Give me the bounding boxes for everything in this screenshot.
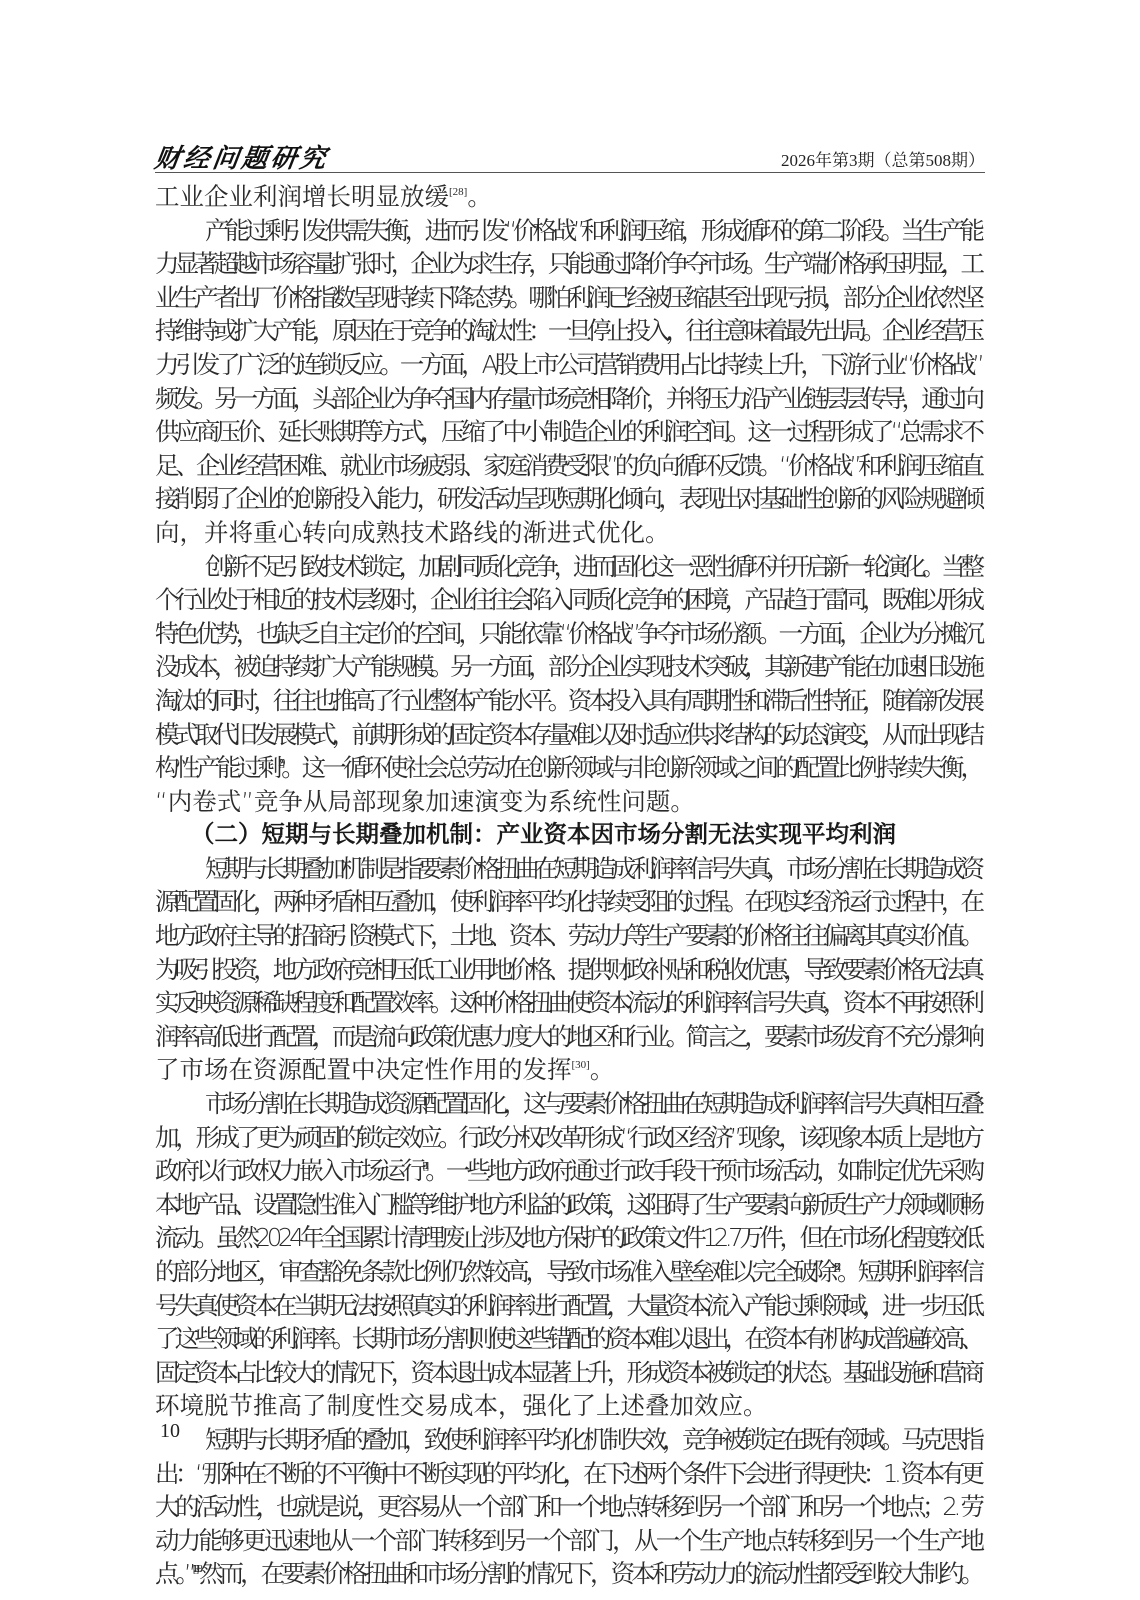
line-text: 构性产能过剩 [155,753,279,782]
text-line: 持维持或扩大产能，原因在于竞争的淘汰性：一旦停止投入，往往意味着最先出局。企业经… [155,314,985,348]
line-text: 特色优势，也缺乏自主定价的空间，只能依靠“价格战”争夺市场份额。一方面，企业为分… [155,619,981,648]
text-line: 流动。虽然2024年全国累计清理废止涉及地方保护的政策文件12.7万件，但在市场… [155,1221,985,1255]
line-text: 固定资本占比较大的情况下，资本退出成本显著上升，形成资本被锁定的状态。基础设施和… [155,1358,980,1387]
line-text-continued: 。 [590,1055,615,1084]
line-text: 为吸引投资，地方政府竞相压低工业用地价格、提供财政补贴和税收优惠，导致要素价格无… [155,955,980,984]
text-line: 接削弱了企业的创新投入能力，研发活动呈现短期化倾向，表现出对基础性创新的风险规避… [155,482,985,516]
line-text: 的部分地区，审查豁免条款比例仍然较高，导致市场准入壁垒难以完全破除 [155,1257,834,1286]
text-line: 业生产者出厂价格指数呈现持续下降态势。哪怕利润已经被压缩甚至出现亏损，部分企业依… [155,281,985,315]
text-line: 大的活动性，也就是说，更容易从一个部门和一个地点转移到另一个部门和另一个地点；2… [155,1490,985,1524]
text-line: 力显著超越市场容量扩张时，企业为求生存，只能通过降价争夺市场。生产端价格承压明显… [155,247,985,281]
text-line: 加，形成了更为顽固的锁定效应。行政分权改革形成“行政区经济”现象，该现象本质上是… [155,1121,985,1155]
line-text: 加，形成了更为顽固的锁定效应。行政分权改革形成“行政区经济”现象，该现象本质上是… [155,1123,981,1152]
article-body: 工业企业利润增长明显放缓[28]。产能过剩引发供需失衡，进而引发“价格战”和利润… [155,180,985,1591]
text-line: 润率高低进行配置，而是流向政策优惠力度大的地区和行业。简言之，要素市场发育不充分… [155,1020,985,1054]
line-text: 向，并将重心转向成熟技术路线的渐进式优化。 [155,518,670,547]
text-line: 特色优势，也缺乏自主定价的空间，只能依靠“价格战”争夺市场份额。一方面，企业为分… [155,617,985,651]
text-line: 地方政府主导的招商引资模式下，土地、资本、劳动力等生产要素的价格往往偏离其真实价… [155,919,985,953]
line-text: 工业企业利润增长明显放缓 [155,182,449,211]
text-line: “内卷式”竞争从局部现象加速演变为系统性问题。 [155,785,985,819]
page-number: 10 [160,1420,180,1443]
text-line: 了这些领域的利润率。长期市场分割则使这些错配的资本难以退出，在资本有机构成普遍较… [155,1322,985,1356]
text-line: 向，并将重心转向成熟技术路线的渐进式优化。 [155,516,985,550]
text-line: 动力能够更迅速地从一个部门转移到另一个部门，从一个生产地点转移到另一个生产地 [155,1524,985,1558]
line-text: 供应商压价、延长账期等方式，压缩了中小制造企业的利润空间。这一过程形成了“总需求… [155,417,981,446]
text-line: 源配置固化，两种矛盾相互叠加，使利润率平均化持续受阻的过程。在现实经济运行过程中… [155,885,985,919]
section-heading: （二）短期与长期叠加机制：产业资本因市场分割无法实现平均利润 [155,818,985,852]
text-line: 市场分割在长期造成资源配置固化，这与要素价格扭曲在短期造成利润率信号失真相互叠 [155,1087,985,1121]
line-text: 市场分割在长期造成资源配置固化，这与要素价格扭曲在短期造成利润率信号失真相互叠 [205,1089,980,1118]
line-text: 力引发了广泛的连锁反应。一方面，A股上市公司营销费用占比持续上升，下游行业“价格… [155,350,981,379]
line-text: 地方政府主导的招商引资模式下，土地、资本、劳动力等生产要素的价格往往偏离其真实价… [155,921,980,950]
text-line: 短期与长期叠加机制是指要素价格扭曲在短期造成利润率信号失真，市场分割在长期造成资 [155,852,985,886]
text-line: 号失真使资本在当期无法按照真实的利润率进行配置，大量资本流入产能过剩领域，进一步… [155,1289,985,1323]
line-text: 接削弱了企业的创新投入能力，研发活动呈现短期化倾向，表现出对基础性创新的风险规避… [155,484,981,513]
text-line: 出：“那种在不断的不平衡中不断实现的平均化，在下述两个条件下会进行得更快：1. … [155,1457,985,1491]
citation-ref: [30] [572,1059,590,1071]
text-line: 实反映资源稀缺程度和配置效率。这种价格扭曲使资本流动的利润率信号失真，资本不再按… [155,986,985,1020]
text-line: 固定资本占比较大的情况下，资本退出成本显著上升，形成资本被锁定的状态。基础设施和… [155,1356,985,1390]
text-line: 供应商压价、延长账期等方式，压缩了中小制造企业的利润空间。这一过程形成了“总需求… [155,415,985,449]
text-line: 为吸引投资，地方政府竞相压低工业用地价格、提供财政补贴和税收优惠，导致要素价格无… [155,953,985,987]
line-text: 个行业处于相近的技术层级时，企业往往会陷入同质化竞争的困境，产品趋于雷同，既难以… [155,585,980,614]
text-line: 足、企业经营困难、就业市场疲弱、家庭消费受限”的负向循环反馈。“价格战”和利润压… [155,449,985,483]
journal-logo: 财经问题研究 [152,138,331,175]
line-text: 润率高低进行配置，而是流向政策优惠力度大的地区和行业。简言之，要素市场发育不充分… [155,1022,980,1051]
text-line: 点。”[13] 218然而，在要素价格扭曲和市场分割的情况下，资本和劳动力的流动… [155,1557,985,1591]
text-line: 政府以行政权力嵌入市场运行[31]。一些地方政府通过行政手段干预市场活动，如制定… [155,1154,985,1188]
line-text: 业生产者出厂价格指数呈现持续下降态势。哪怕利润已经被压缩甚至出现亏损，部分企业依… [155,283,980,312]
text-line: 创新不足引致技术锁定，加剧同质化竞争，进而固化这一恶性循环并开启新一轮演化。当整 [155,550,985,584]
line-text-continued: 。短期利润率信 [837,1257,981,1286]
line-text: “内卷式”竞争从局部现象加速演变为系统性问题。 [155,787,695,816]
line-text: 产能过剩引发供需失衡，进而引发“价格战”和利润压缩，形成循环的第二阶段。当生产能 [205,216,980,245]
text-line: 模式取代旧发展模式，前期形成的固定资本存量难以及时适应供求结构的动态演变，从而出… [155,718,985,752]
text-line: 环境脱节推高了制度性交易成本，强化了上述叠加效应。 [155,1389,985,1423]
text-line: 本地产品、设置隐性准入门槛等维护地方利益的政策，这阻碍了生产要素向新质生产力领域… [155,1188,985,1222]
line-text: 频发。另一方面，头部企业为争夺国内存量市场竞相降价，并将压力沿产业链层层传导，通… [155,384,980,413]
line-text: （二）短期与长期叠加机制：产业资本因市场分割无法实现平均利润 [191,820,896,848]
line-text: 持维持或扩大产能，原因在于竞争的淘汰性：一旦停止投入，往往意味着最先出局。企业经… [155,316,980,345]
line-text: 短期与长期矛盾的叠加，致使利润率平均化机制失效，竞争被锁定在既有领域。马克思指 [205,1425,980,1454]
line-text: 淘汰的同时，往往也推高了行业整体产能水平。资本投入具有周期性和滞后性特征，随着新… [155,686,980,715]
line-text-continued: 。一些地方政府通过行政手段干预市场活动，如制定优先采购 [425,1156,981,1185]
line-text: 环境脱节推高了制度性交易成本，强化了上述叠加效应。 [155,1391,768,1420]
line-text: 短期与长期叠加机制是指要素价格扭曲在短期造成利润率信号失真，市场分割在长期造成资 [205,854,980,883]
text-line: 了市场在资源配置中决定性作用的发挥[30]。 [155,1053,985,1087]
citation-ref: [28] [449,186,467,198]
line-text: 模式取代旧发展模式，前期形成的固定资本存量难以及时适应供求结构的动态演变，从而出… [155,720,980,749]
line-text-continued: 。 [467,182,492,211]
text-line: 个行业处于相近的技术层级时，企业往往会陷入同质化竞争的困境，产品趋于雷同，既难以… [155,583,985,617]
text-line: 工业企业利润增长明显放缓[28]。 [155,180,985,214]
text-line: 频发。另一方面，头部企业为争夺国内存量市场竞相降价，并将压力沿产业链层层传导，通… [155,382,985,416]
text-line: 产能过剩引发供需失衡，进而引发“价格战”和利润压缩，形成循环的第二阶段。当生产能 [155,214,985,248]
line-text: 点。” [155,1559,193,1588]
line-text: 了市场在资源配置中决定性作用的发挥 [155,1055,572,1084]
text-line: 淘汰的同时，往往也推高了行业整体产能水平。资本投入具有周期性和滞后性特征，随着新… [155,684,985,718]
text-line: 构性产能过剩[29]。这一循环使社会总劳动在创新领域与非创新领域之间的配置比例持… [155,751,985,785]
text-line: 没成本，被迫持续扩大产能规模。另一方面，部分企业实现技术突破，其新建产能在加速旧… [155,650,985,684]
text-line: 力引发了广泛的连锁反应。一方面，A股上市公司营销费用占比持续上升，下游行业“价格… [155,348,985,382]
line-text: 没成本，被迫持续扩大产能规模。另一方面，部分企业实现技术突破，其新建产能在加速旧… [155,652,980,681]
line-text: 大的活动性，也就是说，更容易从一个部门和一个地点转移到另一个部门和另一个地点；2… [155,1492,981,1521]
running-header: 财经问题研究 2026年第3期（总第508期） [155,138,985,173]
line-text: 流动。虽然2024年全国累计清理废止涉及地方保护的政策文件12.7万件，但在市场… [155,1223,981,1252]
line-text: 本地产品、设置隐性准入门槛等维护地方利益的政策，这阻碍了生产要素向新质生产力领域… [155,1190,980,1219]
line-text: 创新不足引致技术锁定，加剧同质化竞争，进而固化这一恶性循环并开启新一轮演化。当整 [205,552,980,581]
line-text: 力显著超越市场容量扩张时，企业为求生存，只能通过降价争夺市场。生产端价格承压明显… [155,249,980,278]
issue-info: 2026年第3期（总第508期） [781,146,985,171]
text-line: 的部分地区，审查豁免条款比例仍然较高，导致市场准入壁垒难以完全破除[32]。短期… [155,1255,985,1289]
line-text: 动力能够更迅速地从一个部门转移到另一个部门，从一个生产地点转移到另一个生产地 [155,1526,982,1555]
line-text: 源配置固化，两种矛盾相互叠加，使利润率平均化持续受阻的过程。在现实经济运行过程中… [155,887,980,916]
line-text: 足、企业经营困难、就业市场疲弱、家庭消费受限”的负向循环反馈。“价格战”和利润压… [155,451,981,480]
text-line: 短期与长期矛盾的叠加，致使利润率平均化机制失效，竞争被锁定在既有领域。马克思指 [155,1423,985,1457]
line-text: 号失真使资本在当期无法按照真实的利润率进行配置，大量资本流入产能过剩领域，进一步… [155,1291,980,1320]
line-text-continued: 然而，在要素价格扭曲和市场分割的情况下，资本和劳动力的流动性都受到较大制约。 [199,1559,981,1588]
line-text: 政府以行政权力嵌入市场运行 [155,1156,423,1185]
line-text: 出：“那种在不断的不平衡中不断实现的平均化，在下述两个条件下会进行得更快：1. … [155,1459,981,1488]
line-text: 了这些领域的利润率。长期市场分割则使这些错配的资本难以退出，在资本有机构成普遍较… [155,1324,980,1353]
line-text: 实反映资源稀缺程度和配置效率。这种价格扭曲使资本流动的利润率信号失真，资本不再按… [155,988,980,1017]
line-text-continued: 。这一循环使社会总劳动在创新领域与非创新领域之间的配置比例持续失衡， [281,753,981,782]
